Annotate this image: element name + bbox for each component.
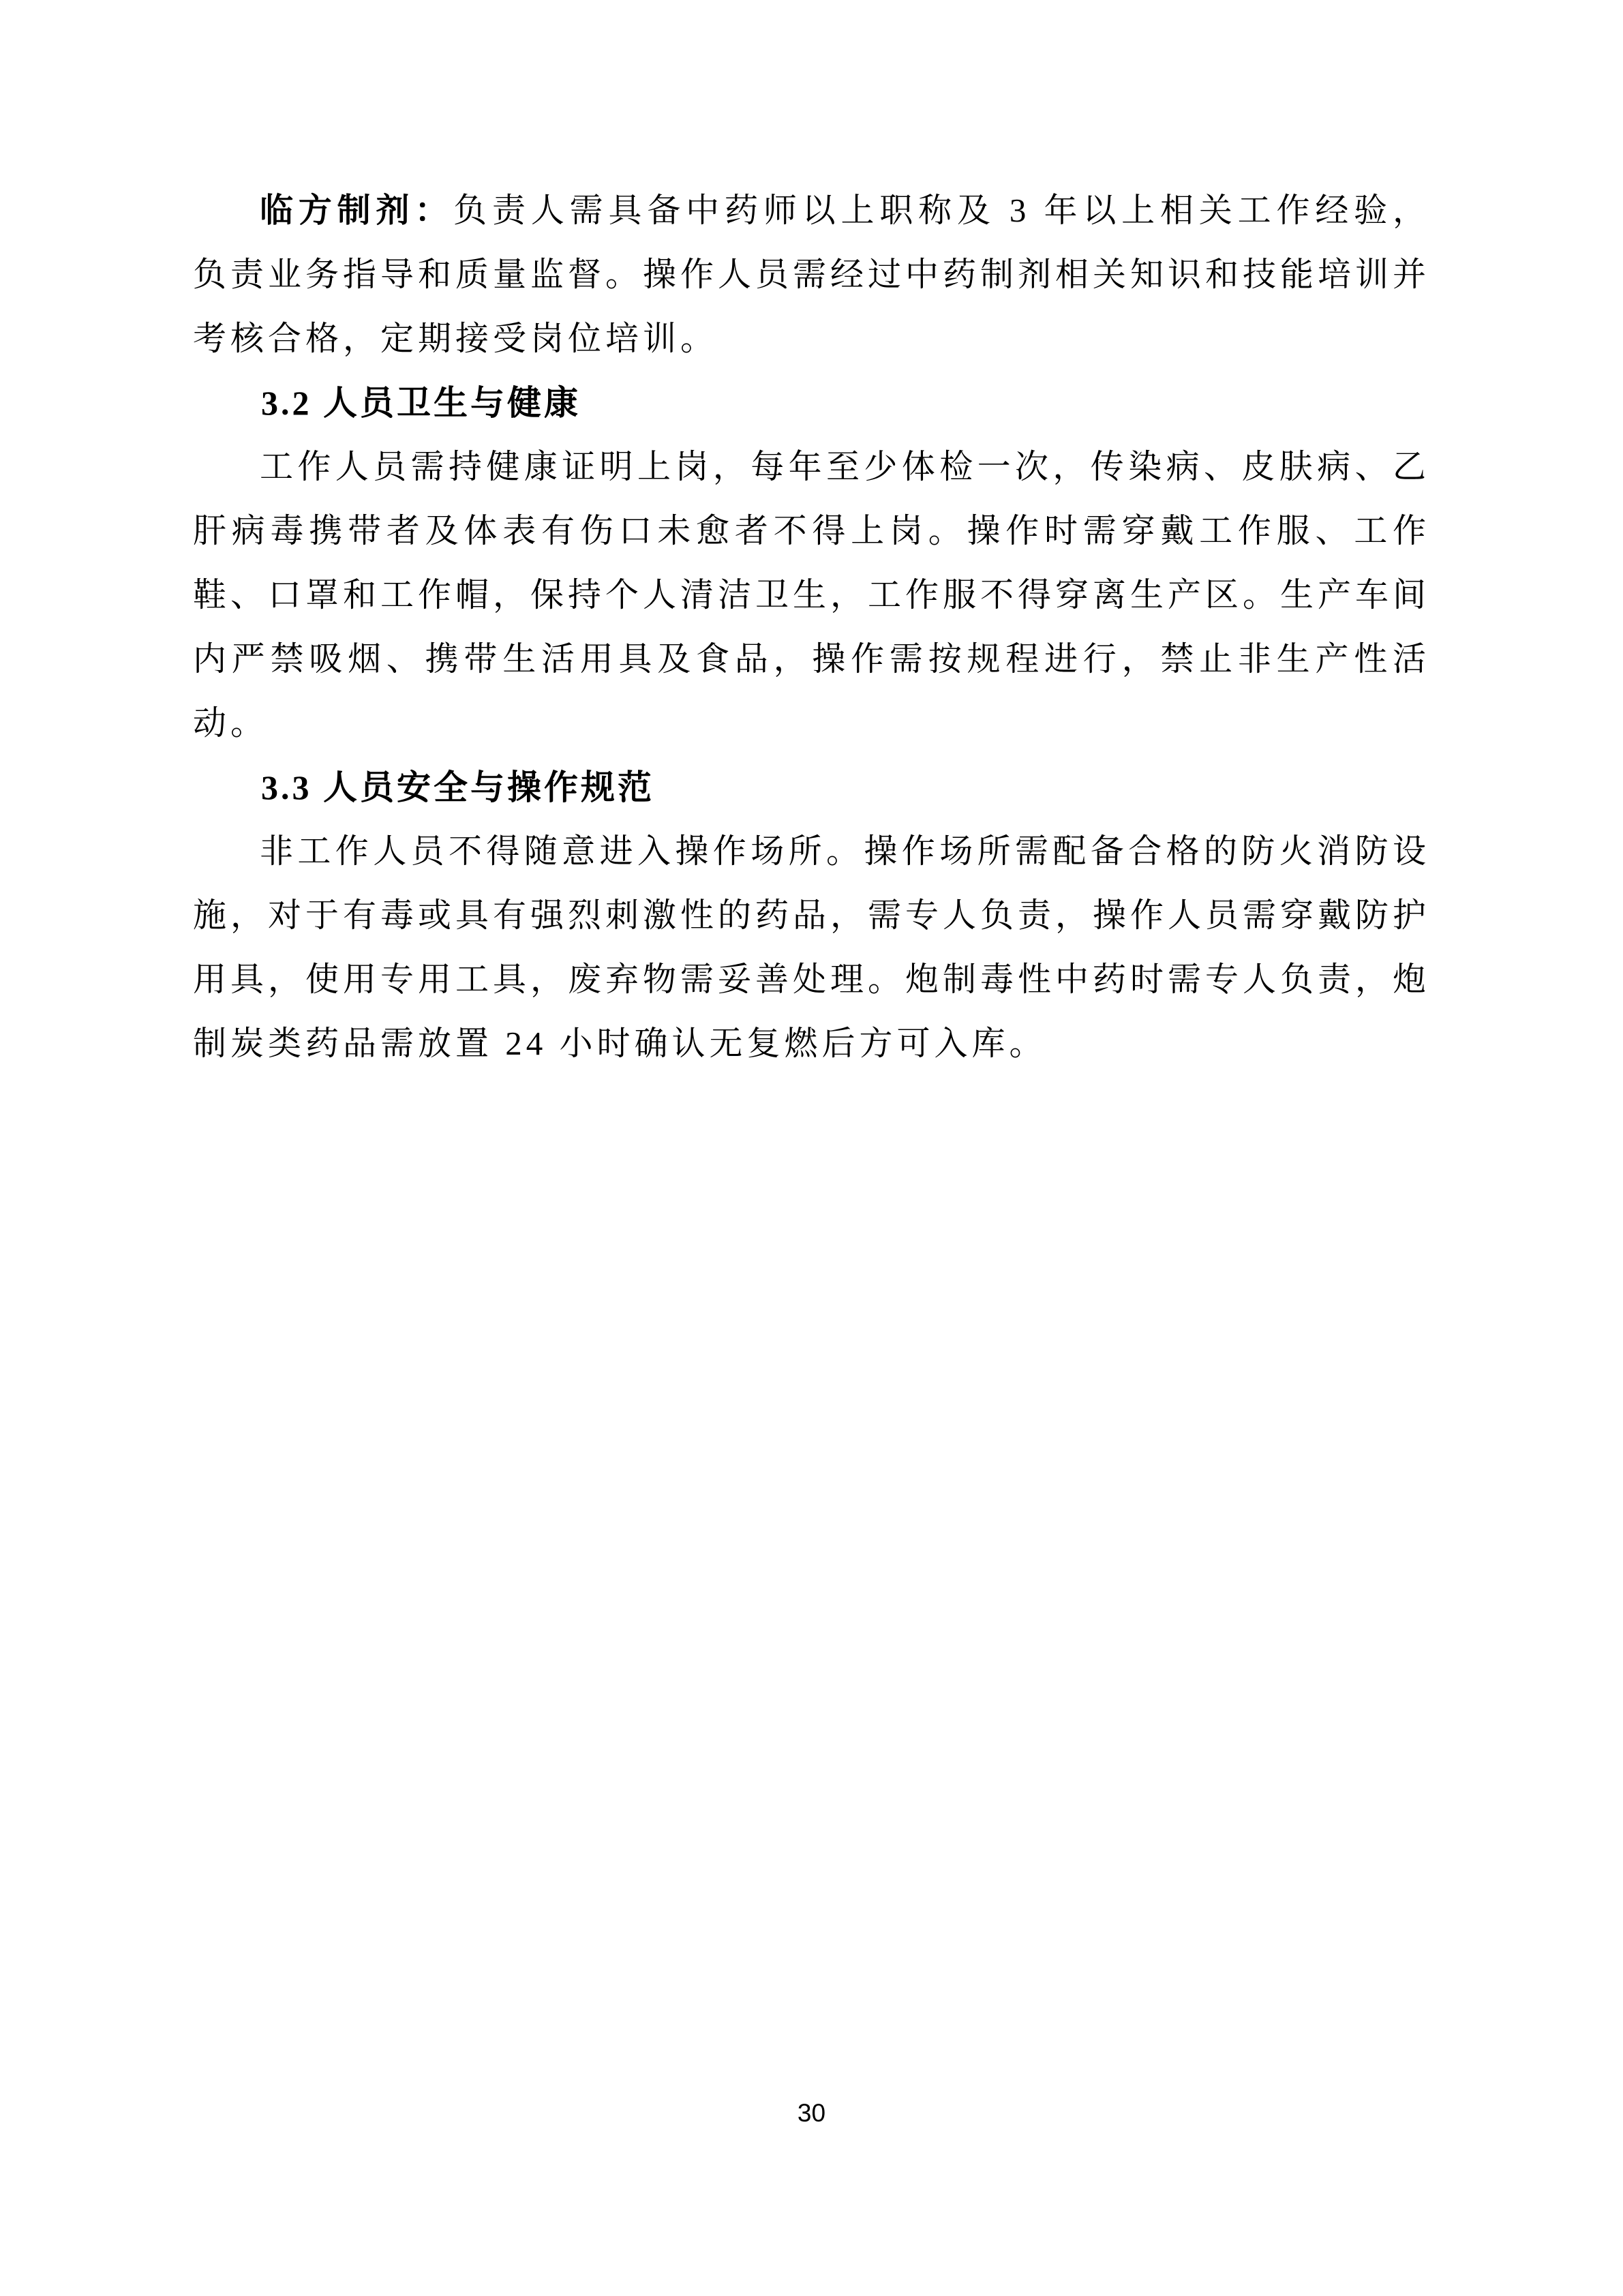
paragraph-linfang-zhiji: 临方制剂：负责人需具备中药师以上职称及 3 年以上相关工作经验，负责业务指导和质…	[193, 179, 1430, 371]
document-page: 临方制剂：负责人需具备中药师以上职称及 3 年以上相关工作经验，负责业务指导和质…	[0, 0, 1623, 2296]
paragraph-safety-operation: 非工作人员不得随意进入操作场所。操作场所需配备合格的防火消防设施，对于有毒或具有…	[193, 819, 1430, 1076]
heading-3-3-personnel-safety-operation: 3.3 人员安全与操作规范	[193, 755, 1430, 819]
paragraph-hygiene-health: 工作人员需持健康证明上岗，每年至少体检一次，传染病、皮肤病、乙肝病毒携带者及体表…	[193, 435, 1430, 755]
page-content: 临方制剂：负责人需具备中药师以上职称及 3 年以上相关工作经验，负责业务指导和质…	[193, 179, 1430, 1076]
heading-3-2-personnel-hygiene-health: 3.2 人员卫生与健康	[193, 371, 1430, 435]
paragraph-lead-bold: 临方制剂：	[260, 192, 453, 229]
page-number: 30	[0, 2098, 1623, 2128]
